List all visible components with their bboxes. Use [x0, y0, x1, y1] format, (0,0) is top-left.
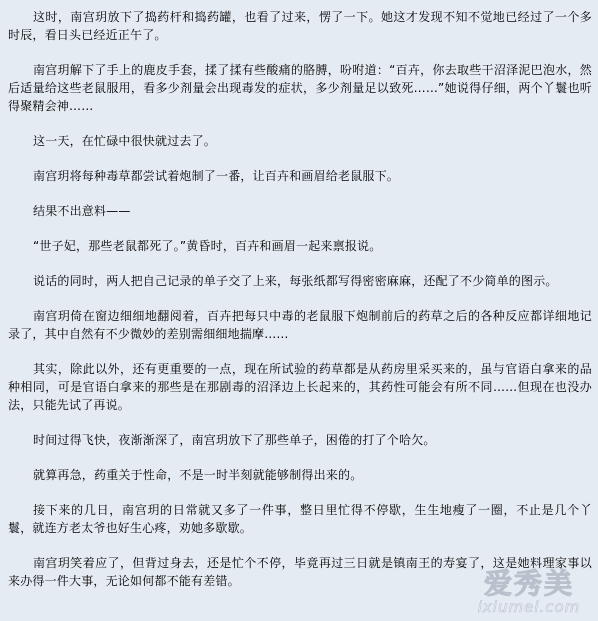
paragraph: 南宫玥倚在窗边细细地翻阅着，百卉把每只中毒的老鼠服下炮制前后的药草之后的各种反应…	[8, 307, 592, 343]
paragraph: 这时，南宫玥放下了捣药杆和捣药罐，也看了过来，愣了一下。她这才发现不知不觉地已经…	[8, 8, 592, 44]
paragraph: “世子妃，那些老鼠都死了。”黄昏时，百卉和画眉一起来禀报说。	[8, 237, 592, 255]
paragraph: 接下来的几日，南宫玥的日常就又多了一件事，整日里忙得不停歇，生生地瘦了一圈，不止…	[8, 501, 592, 537]
paragraph: 结果不出意料——	[8, 202, 592, 220]
paragraph: 这一天，在忙碌中很快就过去了。	[8, 132, 592, 150]
paragraph: 南宫玥笑着应了，但背过身去，还是忙个不停，毕竟再过三日就是镇南王的寿宴了，这是她…	[8, 554, 592, 590]
article-body: 这时，南宫玥放下了捣药杆和捣药罐，也看了过来，愣了一下。她这才发现不知不觉地已经…	[8, 8, 592, 607]
paragraph: 说话的同时，两人把自己记录的单子交了上来，每张纸都写得密密麻麻，还配了不少简单的…	[8, 272, 592, 290]
paragraph: 其实，除此以外，还有更重要的一点，现在所试验的药草都是从药房里采买来的，虽与官语…	[8, 360, 592, 414]
paragraph: 南宫玥解下了手上的鹿皮手套，揉了揉有些酸痛的胳膊，吩咐道：“百卉，你去取些干沼泽…	[8, 61, 592, 115]
paragraph: 南宫玥将每种毒草都尝试着炮制了一番，让百卉和画眉给老鼠服下。	[8, 167, 592, 185]
paragraph: 就算再急，药重关于性命，不是一时半刻就能够制得出来的。	[8, 466, 592, 484]
paragraph: 时间过得飞快，夜渐渐深了，南宫玥放下了那些单子，困倦的打了个哈欠。	[8, 431, 592, 449]
